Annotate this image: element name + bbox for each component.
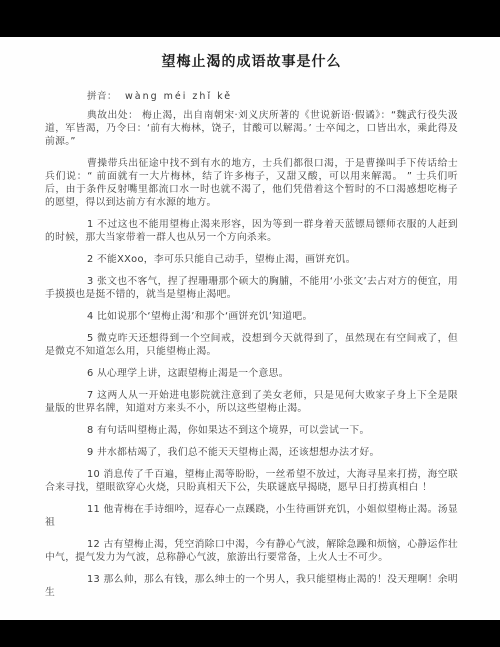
paragraph: 1 不过这也不能用望梅止渴来形容，因为等到一群身着天蓝镖局镖师衣服的人赶到的时候… [45, 218, 458, 244]
letterbox-top-bar [0, 0, 500, 37]
document-page: 望梅止渴的成语故事是什么 拼音：wàng méi zhǐ kě 典故出处： 梅止… [0, 37, 500, 620]
paragraph: 4 比如说那个‘望梅止渴’和那个‘画饼充饥’知道吧。 [45, 310, 458, 323]
paragraph-list: 典故出处： 梅止渴，出自南朝宋·刘义庆所著的《世说新语·假谲》：“魏武行役失汲道… [45, 109, 458, 599]
pinyin-label: 拼音： [87, 91, 117, 102]
paragraph: 7 这两人从一开始进电影院就注意到了美女老师，只是见何大败家子身上下全是限量版的… [45, 389, 458, 415]
paragraph: 13 那么帅，那么有钱，那么绅士的一个男人，我只能望梅止渴的！没天理啊！余明生 [45, 573, 458, 599]
page-title: 望梅止渴的成语故事是什么 [45, 53, 458, 71]
paragraph: 3 张文也不客气，捏了捏珊珊那个硕大的胸脯，不能用‘小张文’去占对方的便宜，用手… [45, 275, 458, 301]
paragraph: 5 微克昨天还想得到一个空间戒，没想到今天就得到了，虽然现在有空间戒了，但是微克… [45, 332, 458, 358]
paragraph: 12 古有望梅止渴，凭空消除口中渴，今有静心气波，解除急躁和烦恼，心静运作壮中气… [45, 538, 458, 564]
paragraph: 典故出处： 梅止渴，出自南朝宋·刘义庆所著的《世说新语·假谲》：“魏武行役失汲道… [45, 109, 458, 148]
letterbox-bottom-bar [0, 620, 500, 647]
paragraph: 11 他青梅在手诗细吟，逗春心一点蹊跷，小生待画饼充饥，小姐似望梅止渴。汤显祖 [45, 503, 458, 529]
pinyin-line: 拼音：wàng méi zhǐ kě [45, 90, 458, 103]
pinyin-value: wàng méi zhǐ kě [125, 91, 232, 102]
paragraph: 6 从心理学上讲，这跟望梅止渴是一个意思。 [45, 367, 458, 380]
screenshot-root: { "colors":{ "letterbox":"#000000", "pag… [0, 0, 500, 647]
paragraph: 2 不能XXoo，李可乐只能自己动手，望梅止渴，画饼充饥。 [45, 253, 458, 266]
paragraph: 8 有句话叫望梅止渴，你如果达不到这个境界，可以尝试一下。 [45, 424, 458, 437]
paragraph: 10 消息传了千百遍，望梅止渴等盼盼，一丝希望不放过，大海寻星来打捞，海空联合来… [45, 468, 458, 494]
paragraph: 曹操带兵出征途中找不到有水的地方，士兵们都很口渴，于是曹操叫手下传话给士兵们说：… [45, 157, 458, 209]
paragraph: 9 井水都枯竭了，我们总不能天天望梅止渴，还该想想办法才好。 [45, 446, 458, 459]
